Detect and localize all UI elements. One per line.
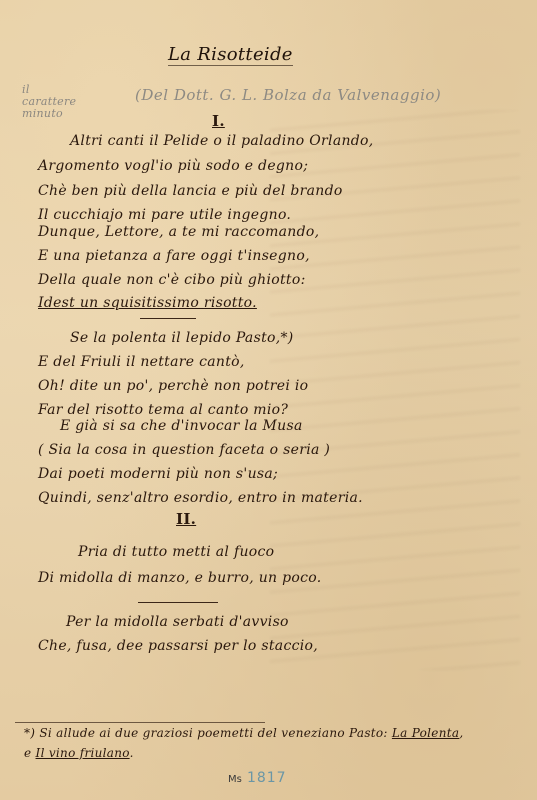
author-attribution: (Del Dott. G. L. Bolza da Valvenaggio): [135, 86, 441, 104]
verse-line: Il cucchiajo mi pare utile ingegno.: [38, 207, 291, 223]
verse-line: E già si sa che d'invocar la Musa: [60, 418, 303, 434]
shelfmark-stamp: Ms 1817: [228, 767, 287, 786]
shelfmark-number: 1817: [247, 770, 287, 786]
section-numeral-2: II.: [176, 510, 196, 528]
verse-line: Pria di tutto metti al fuoco: [78, 544, 274, 560]
footnote-line-2: e Il vino friulano.: [24, 746, 134, 760]
footnote-line-1: *) Si allude ai due graziosi poemetti de…: [24, 726, 463, 740]
verse-line: Chè ben più della lancia e più del brand…: [38, 183, 343, 199]
pencil-margin-note: il carattere minuto: [22, 84, 82, 120]
verse-line: Della quale non c'è cibo più ghiotto:: [38, 272, 306, 288]
section-numeral-1: I.: [212, 112, 225, 130]
verse-line: E una pietanza a fare oggi t'insegno,: [38, 248, 310, 264]
shelfmark-prefix: Ms: [228, 774, 242, 785]
footnote-text: e: [24, 746, 31, 760]
footnote-punct: ,: [459, 726, 463, 740]
footnote-work-title: Il vino friulano: [36, 746, 130, 760]
verse-line: Far del risotto tema al canto mio?: [38, 402, 288, 418]
footnote-rule: [15, 722, 265, 723]
footnote-punct: .: [130, 746, 134, 760]
verse-line: Per la midolla serbati d'avviso: [66, 614, 289, 630]
manuscript-title: La Risotteide: [168, 44, 293, 66]
verse-line: Altri canti il Pelide o il paladino Orla…: [70, 133, 374, 149]
verse-line: Oh! dite un po', perchè non potrei io: [38, 378, 308, 394]
verse-line: Argomento vogl'io più sodo e degno;: [38, 158, 308, 174]
verse-line: Quindi, senz'altro esordio, entro in mat…: [38, 490, 363, 506]
verse-line: Dunque, Lettore, a te mi raccomando,: [38, 224, 319, 240]
manuscript-page: La Risotteide il carattere minuto (Del D…: [0, 0, 537, 800]
stanza-divider: [140, 318, 196, 319]
verse-line: Se la polenta il lepido Pasto,*): [70, 330, 294, 346]
verse-line: Di midolla di manzo, e burro, un poco.: [38, 570, 321, 586]
verse-line: E del Friuli il nettare cantò,: [38, 354, 245, 370]
stanza-divider: [138, 602, 218, 603]
verse-line: Idest un squisitissimo risotto.: [38, 295, 257, 311]
verse-line: Che, fusa, dee passarsi per lo staccio,: [38, 638, 318, 654]
verse-line: Dai poeti moderni più non s'usa;: [38, 466, 278, 482]
footnote-work-title: La Polenta: [392, 726, 459, 740]
footnote-text: *) Si allude ai due graziosi poemetti de…: [24, 726, 388, 740]
verse-line: ( Sia la cosa in question faceta o seria…: [38, 442, 330, 458]
